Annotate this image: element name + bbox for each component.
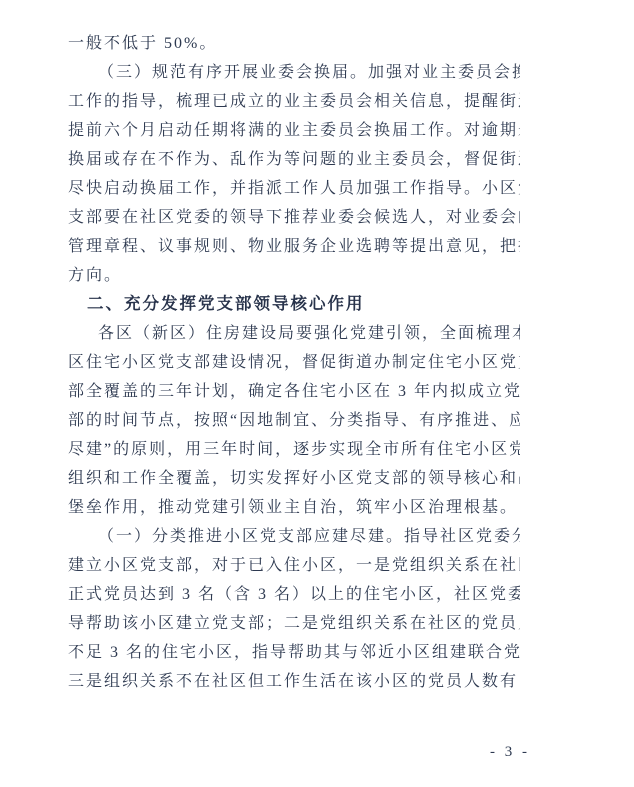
text-line: （三）规范有序开展业委会换届。加强对业主委员会换届 (68, 58, 520, 87)
text-line: 工作的指导，梳理已成立的业主委员会相关信息，提醒街道 (68, 87, 520, 116)
text-line: 各区（新区）住房建设局要强化党建引领，全面梳理本辖 (68, 319, 520, 348)
text-line: 支部要在社区党委的领导下推荐业委会候选人，对业委会的 (68, 203, 520, 232)
text-line: 方向。 (68, 261, 520, 290)
text-line: 堡垒作用，推动党建引领业主自治，筑牢小区治理根基。 (68, 493, 520, 522)
text-line: 导帮助该小区建立党支部；二是党组织关系在社区的党员人数 (68, 609, 520, 638)
document-body: 一般不低于 50%。 （三）规范有序开展业委会换届。加强对业主委员会换届 工作的… (68, 29, 520, 696)
document-page: 一般不低于 50%。 （三）规范有序开展业委会换届。加强对业主委员会换届 工作的… (0, 0, 634, 787)
text-line: 管理章程、议事规则、物业服务企业选聘等提出意见，把握 (68, 232, 520, 261)
text-line: 三是组织关系不在社区但工作生活在该小区的党员人数有 3 名 (68, 667, 520, 696)
text-line: 部的时间节点，按照“因地制宜、分类指导、有序推进、应建 (68, 406, 520, 435)
text-line: 尽快启动换届工作，并指派工作人员加强工作指导。小区党 (68, 174, 520, 203)
text-line: 一般不低于 50%。 (68, 29, 520, 58)
text-line: 提前六个月启动任期将满的业主委员会换届工作。对逾期未 (68, 116, 520, 145)
text-line: 尽建”的原则，用三年时间，逐步实现全市所有住宅小区党的 (68, 435, 520, 464)
section-heading: 二、充分发挥党支部领导核心作用 (68, 290, 520, 319)
text-line: 正式党员达到 3 名（含 3 名）以上的住宅小区，社区党委要指 (68, 580, 520, 609)
text-line: （一）分类推进小区党支部应建尽建。指导社区党委分类 (68, 522, 520, 551)
text-line: 区住宅小区党支部建设情况，督促街道办制定住宅小区党支 (68, 348, 520, 377)
text-line: 部全覆盖的三年计划，确定各住宅小区在 3 年内拟成立党支 (68, 377, 520, 406)
text-line: 建立小区党支部，对于已入住小区，一是党组织关系在社区的 (68, 551, 520, 580)
text-line: 换届或存在不作为、乱作为等问题的业主委员会，督促街道 (68, 145, 520, 174)
text-line: 组织和工作全覆盖，切实发挥好小区党支部的领导核心和战斗 (68, 464, 520, 493)
text-line: 不足 3 名的住宅小区，指导帮助其与邻近小区组建联合党支部； (68, 638, 520, 667)
page-number: - 3 - (490, 742, 530, 762)
